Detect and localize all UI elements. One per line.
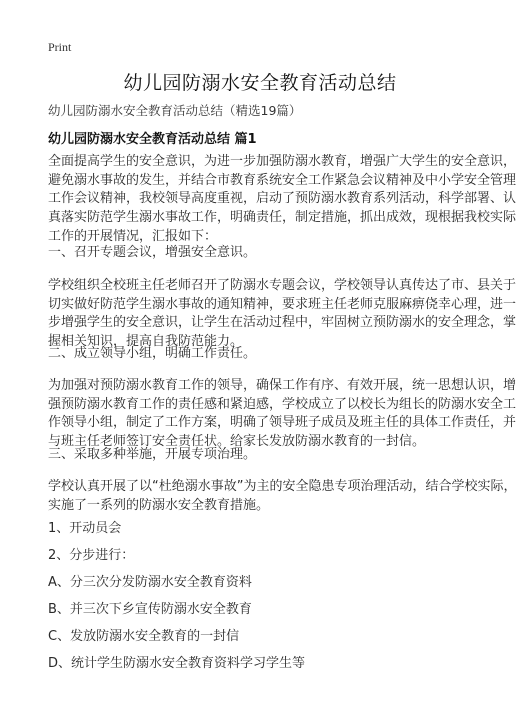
list-item: 2、分步进行：	[48, 547, 476, 566]
list-item: B、并三次下乡宣传防溺水安全教育	[48, 601, 476, 620]
list-item: C、发放防溺水安全教育的一封信	[48, 628, 476, 647]
text-line: 三、采取多种举施，开展专项治理。	[48, 446, 476, 465]
list-item: 1、开动员会	[48, 520, 476, 539]
text-line: 切实做好防范学生溺水事故的通知精神，要求班主任老师克服麻痹侥幸心理，进一	[48, 296, 476, 315]
paragraph-intro: 全面提高学生的安全意识，为进一步加强防溺水教育，增强广大学生的安全意识， 避免溺…	[48, 153, 476, 247]
text-line: 全面提高学生的安全意识，为进一步加强防溺水教育，增强广大学生的安全意识，	[48, 153, 476, 172]
section-three-heading: 三、采取多种举施，开展专项治理。	[48, 446, 476, 465]
text-line: 真落实防范学生溺水事故工作，明确责任，制定措施，抓出成效，现根据我校实际	[48, 209, 476, 228]
text-line: 学校认真开展了以“杜绝溺水事故”为主的安全隐患专项治理活动，结合学校实际，	[48, 478, 476, 497]
text-line: 工作会议精神，我校领导高度重视，启动了预防溺水教育系列活动，科学部署、认	[48, 190, 476, 209]
text-line: 强预防溺水教育工作的责任感和紧迫感，学校成立了以校长为组长的防溺水安全工	[48, 396, 476, 415]
paragraph-section-two: 为加强对预防溺水教育工作的领导，确保工作有序、有效开展，统一思想认识，增 强预防…	[48, 377, 476, 452]
document-title: 幼儿园防溺水安全教育活动总结	[0, 68, 520, 95]
text-line: 作领导小组，制定了工作方案，明确了领导班子成员及班主任的具体工作责任，并	[48, 414, 476, 433]
text-line: 1、开动员会	[48, 520, 476, 539]
list-item: A、分三次分发防溺水安全教育资料	[48, 574, 476, 593]
text-line: 步增强学生的安全意识，让学生在活动过程中，牢固树立预防溺水的安全理念，掌	[48, 314, 476, 333]
print-label: Print	[48, 40, 71, 55]
list-item: D、统计学生防溺水安全教育资料学习学生等	[48, 655, 476, 674]
section-heading: 幼儿园防溺水安全教育活动总结 篇1	[48, 128, 257, 147]
text-line: D、统计学生防溺水安全教育资料学习学生等	[48, 655, 476, 674]
document-subtitle: 幼儿园防溺水安全教育活动总结（精选19篇）	[48, 101, 301, 119]
paragraph-section-one: 学校组织全校班主任老师召开了防溺水专题会议，学校领导认真传达了市、县关于 切实做…	[48, 277, 476, 352]
text-line: 实施了一系列的防溺水安全教育措施。	[48, 497, 476, 516]
paragraph-section-three: 学校认真开展了以“杜绝溺水事故”为主的安全隐患专项治理活动，结合学校实际， 实施…	[48, 478, 476, 515]
text-line: C、发放防溺水安全教育的一封信	[48, 628, 476, 647]
text-line: B、并三次下乡宣传防溺水安全教育	[48, 601, 476, 620]
text-line: 二、成立领导小组，明确工作责任。	[48, 345, 476, 364]
text-line: 一、召开专题会议，增强安全意识。	[48, 244, 476, 263]
text-line: 2、分步进行：	[48, 547, 476, 566]
section-two-heading: 二、成立领导小组，明确工作责任。	[48, 345, 476, 364]
text-line: 为加强对预防溺水教育工作的领导，确保工作有序、有效开展，统一思想认识，增	[48, 377, 476, 396]
section-one-heading: 一、召开专题会议，增强安全意识。	[48, 244, 476, 263]
text-line: A、分三次分发防溺水安全教育资料	[48, 574, 476, 593]
text-line: 学校组织全校班主任老师召开了防溺水专题会议，学校领导认真传达了市、县关于	[48, 277, 476, 296]
text-line: 避免溺水事故的发生，并结合市教育系统安全工作紧急会议精神及中小学安全管理	[48, 172, 476, 191]
